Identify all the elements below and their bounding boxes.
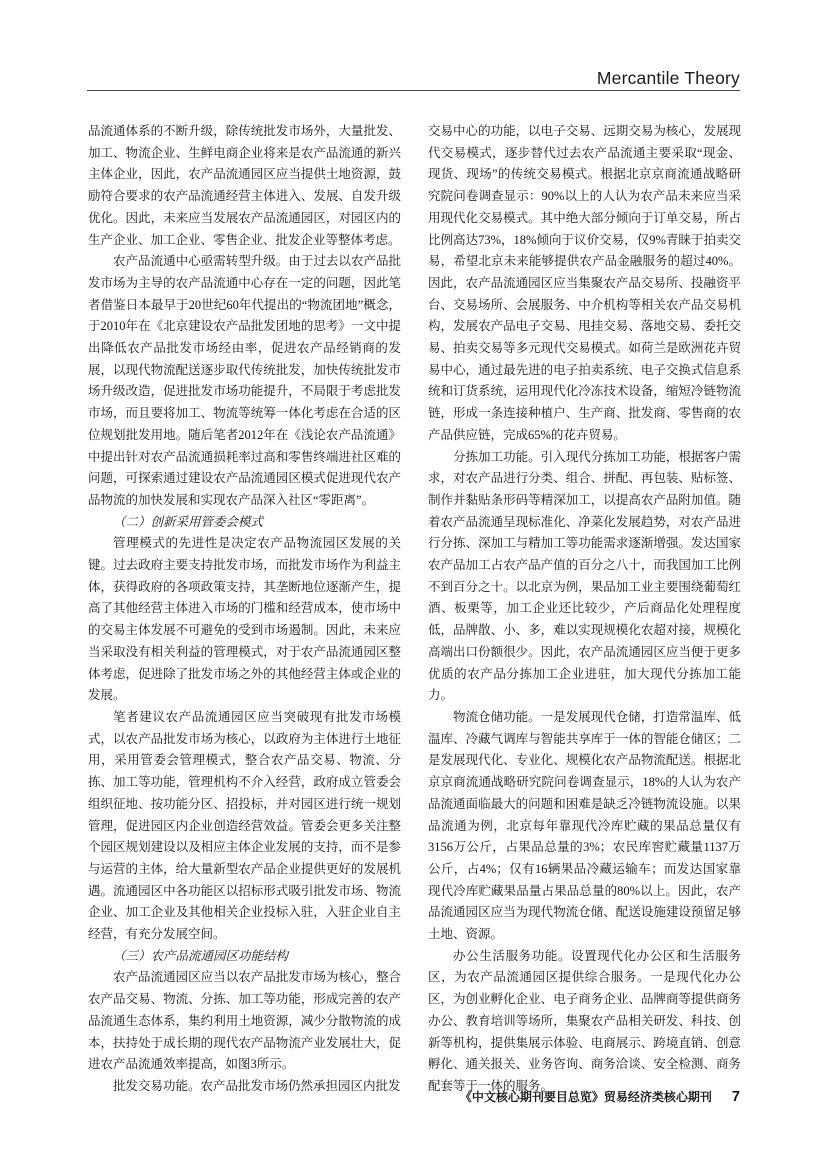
left-column: 品流通体系的不断升级，除传统批发市场外，大量批发、加工、物流企业、生鲜电商企业将… [88,121,401,1098]
page-header-title: Mercantile Theory [597,68,740,89]
header-rule [87,90,740,91]
journal-page: Mercantile Theory 品流通体系的不断升级，除传统批发市场外，大量… [0,0,827,1160]
page-footer: 《中文核心期刊要目总览》贸易经济类核心期刊7 [88,1088,740,1105]
section-heading: （二）创新采用管委会模式 [88,512,401,534]
right-column: 交易中心的功能，以电子交易、远期交易为核心，发展现代交易模式，逐步替代过去农产品… [428,121,741,1098]
paragraph: 物流仓储功能。一是发展现代仓储，打造常温库、低温库、冷藏气调库与智能共享库于一体… [428,707,741,946]
paragraph: 农产品流通园区应当以农产品批发市场为核心，整合农产品交易、物流、分拣、加工等功能… [88,967,401,1076]
paragraph: 管理模式的先进性是决定农产品物流园区发展的关键。过去政府主要支持批发市场，而批发… [88,533,401,707]
section-heading: （三）农产品流通园区功能结构 [88,946,401,968]
paragraph: 交易中心的功能，以电子交易、远期交易为核心，发展现代交易模式，逐步替代过去农产品… [428,121,741,447]
paragraph: 办公生活服务功能。设置现代化办公区和生活服务区，为农产品流通园区提供综合服务。一… [428,946,741,1098]
paragraph: 笔者建议农产品流通园区应当突破现有批发市场模式，以农产品批发市场为核心，以政府为… [88,707,401,946]
paragraph: 农产品流通中心亟需转型升级。由于过去以农产品批发市场为主导的农产品流通中心存在一… [88,251,401,511]
paragraph: 分拣加工功能。引入现代分拣加工功能，根据客户需求，对农产品进行分类、组合、拼配、… [428,447,741,707]
paragraph: 品流通体系的不断升级，除传统批发市场外，大量批发、加工、物流企业、生鲜电商企业将… [88,121,401,251]
journal-note: 《中文核心期刊要目总览》贸易经济类核心期刊 [460,1090,712,1104]
page-number: 7 [732,1089,740,1105]
